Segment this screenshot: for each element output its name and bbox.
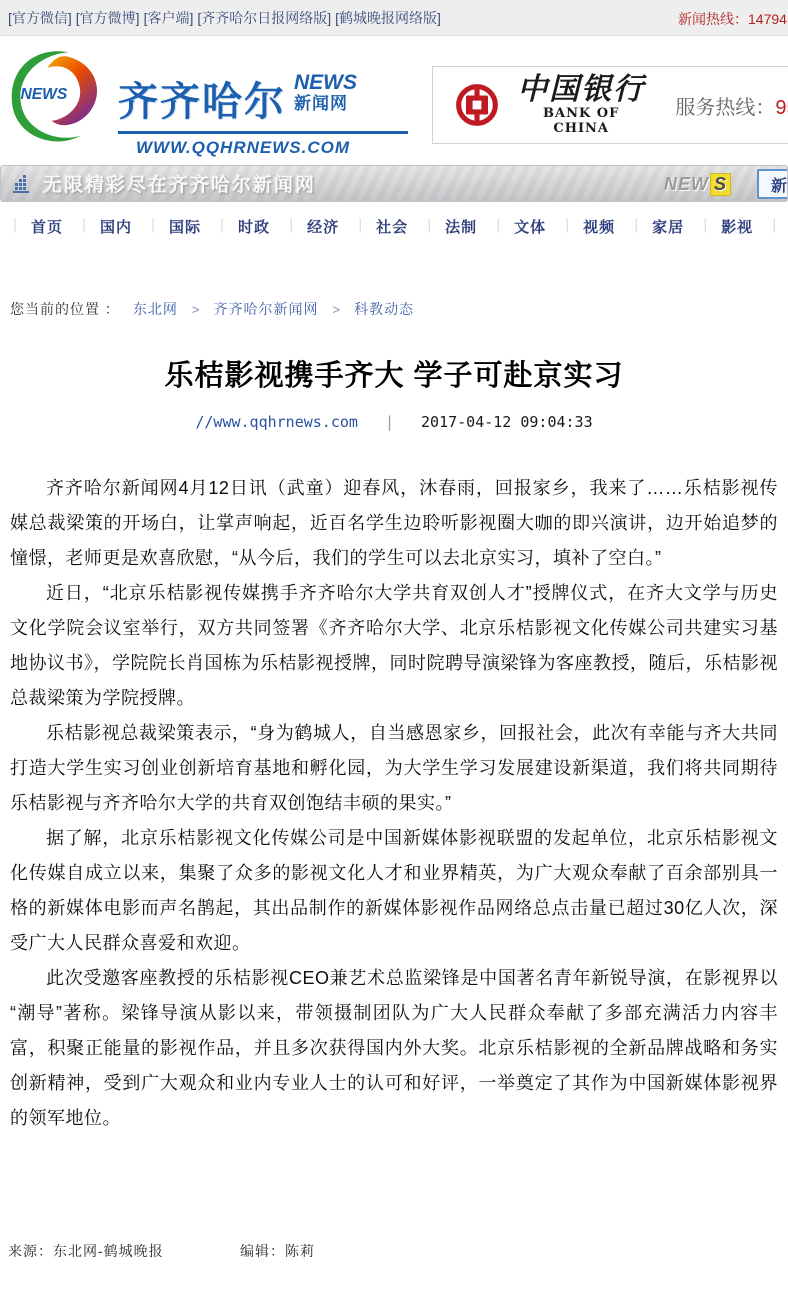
article-body: 齐齐哈尔新闻网4月12日讯（武童）迎春风，沐春雨，回报家乡，我来了……乐桔影视传…: [0, 471, 788, 1136]
nav-separator: ｜: [698, 216, 707, 236]
article-paragraph: 乐桔影视总裁梁策表示，“身为鹤城人，自当感恩家乡，回报社会，此次有幸能与齐大共同…: [10, 716, 778, 821]
dateline-divider: |: [385, 413, 394, 431]
header: NEWS 齐齐哈尔 NEWS 新闻网 WWW.QQHRNEWS.COM: [0, 36, 788, 165]
nav-separator: ｜: [8, 216, 17, 236]
nav-item[interactable]: 首页: [31, 216, 63, 237]
breadcrumb-link[interactable]: 东北网: [133, 299, 178, 319]
site-logo[interactable]: NEWS 齐齐哈尔 NEWS 新闻网 WWW.QQHRNEWS.COM: [6, 44, 426, 156]
logo-underline: [118, 131, 408, 134]
nav-separator: ｜: [146, 216, 155, 236]
site-url: WWW.QQHRNEWS.COM: [136, 138, 408, 158]
nav-item[interactable]: 视频: [583, 216, 615, 237]
nav-item[interactable]: 国内: [100, 216, 132, 237]
building-icon: [13, 175, 29, 193]
article-paragraph: 此次受邀客座教授的乐桔影视CEO兼艺术总监梁锋是中国著名青年新锐导演，在影视界以…: [10, 961, 778, 1136]
nav-item[interactable]: 影视: [721, 216, 753, 237]
nav-item[interactable]: 经济: [307, 216, 339, 237]
bank-hotline: 服务热线：95566: [675, 91, 788, 120]
bank-of-china-ad[interactable]: 中国银行 BANK OF CHINA 服务热线：95566: [432, 66, 788, 144]
bank-hotline-number: 95566: [775, 97, 788, 119]
article-datetime: 2017-04-12 09:04:33: [421, 413, 593, 431]
nav-separator: ｜: [491, 216, 500, 236]
svg-text:NEWS: NEWS: [20, 86, 67, 103]
banner-slogan: 无限精彩尽在齐齐哈尔新闻网: [43, 170, 316, 197]
bank-hotline-label: 服务热线：: [675, 97, 775, 119]
topbar-link[interactable]: [客户端]: [144, 8, 194, 28]
article-source: 来源：东北网-鹤城晚报: [8, 1241, 164, 1261]
topbar-link[interactable]: [齐齐哈尔日报网络版]: [197, 8, 331, 28]
topbar: [官方微信][官方微博][客户端][齐齐哈尔日报网络版][鹤城晚报网络版] 新闻…: [0, 0, 788, 36]
slogan-banner: 无限精彩尽在齐齐哈尔新闻网 NEWS 新: [0, 165, 788, 202]
nav-separator: ｜: [767, 216, 776, 236]
bank-name-en: BANK OF CHINA: [513, 106, 649, 136]
article-paragraph: 据了解，北京乐桔影视文化传媒公司是中国新媒体影视联盟的发起单位，北京乐桔影视文化…: [10, 821, 778, 961]
nav-item[interactable]: 文体: [514, 216, 546, 237]
topbar-link[interactable]: [鹤城晚报网络版]: [335, 8, 441, 28]
topbar-link[interactable]: [官方微博]: [76, 8, 140, 28]
nav-item[interactable]: 家居: [652, 216, 684, 237]
breadcrumb-separator-icon: >: [192, 302, 200, 317]
nav-separator: ｜: [353, 216, 362, 236]
article-paragraph: 齐齐哈尔新闻网4月12日讯（武童）迎春风，沐春雨，回报家乡，我来了……乐桔影视传…: [10, 471, 778, 576]
article-meta-footer: 来源：东北网-鹤城晚报 编辑：陈莉: [0, 1241, 788, 1265]
article-editor: 编辑：陈莉: [240, 1241, 315, 1261]
nav-item[interactable]: 国际: [169, 216, 201, 237]
site-logo-text: 齐齐哈尔 NEWS 新闻网 WWW.QQHRNEWS.COM: [118, 70, 408, 158]
nav-separator: ｜: [629, 216, 638, 236]
main-nav: ｜ 首页 ｜ 国内 ｜ 国际 ｜ 时政 ｜ 经济 ｜ 社会 ｜ 法制 ｜ 文体 …: [0, 210, 788, 242]
breadcrumb: 您当前的位置 ： > 东北网 > 齐齐哈尔新闻网 > 科教动态: [0, 299, 788, 319]
nav-separator: ｜: [422, 216, 431, 236]
news-s-badge: S: [710, 173, 731, 196]
nav-item[interactable]: 时政: [238, 216, 270, 237]
bank-of-china-logo-icon: [455, 83, 499, 127]
nav-separator: ｜: [77, 216, 86, 236]
news-hotline: 新闻热线：14794: [678, 9, 787, 29]
nav-separator: ｜: [560, 216, 569, 236]
breadcrumb-link[interactable]: 科教动态: [354, 299, 414, 319]
nav-item[interactable]: 社会: [376, 216, 408, 237]
article-paragraph: 近日，“北京乐桔影视传媒携手齐齐哈尔大学共育双创人才”授牌仪式，在齐大文学与历史…: [10, 576, 778, 716]
page: [官方微信][官方微博][客户端][齐齐哈尔日报网络版][鹤城晚报网络版] 新闻…: [0, 0, 788, 1291]
bank-name-cn: 中国银行: [513, 74, 649, 106]
site-name: 齐齐哈尔: [118, 70, 286, 127]
news-wordmark: NEWS: [664, 173, 731, 196]
site-tag-en: NEWS: [294, 72, 357, 93]
article-dateline: //www.qqhrnews.com | 2017-04-12 09:04:33: [0, 413, 788, 431]
nav-separator: ｜: [215, 216, 224, 236]
breadcrumb-label: 您当前的位置 ：: [10, 299, 120, 319]
nav-separator: ｜: [284, 216, 293, 236]
breadcrumb-separator-icon: >: [332, 302, 340, 317]
topbar-link[interactable]: [官方微信]: [8, 8, 72, 28]
site-tag-cn: 新闻网: [294, 95, 357, 112]
article-title: 乐桔影视携手齐大 学子可赴京实习: [0, 355, 788, 397]
nav-item[interactable]: 法制: [445, 216, 477, 237]
breadcrumb-link[interactable]: 齐齐哈尔新闻网: [213, 299, 318, 319]
article-source-url[interactable]: //www.qqhrnews.com: [195, 413, 358, 431]
topbar-links: [官方微信][官方微博][客户端][齐齐哈尔日报网络版][鹤城晚报网络版]: [8, 8, 445, 28]
site-logo-swoosh-icon: NEWS: [8, 46, 112, 150]
banner-side-button[interactable]: 新: [757, 169, 788, 199]
